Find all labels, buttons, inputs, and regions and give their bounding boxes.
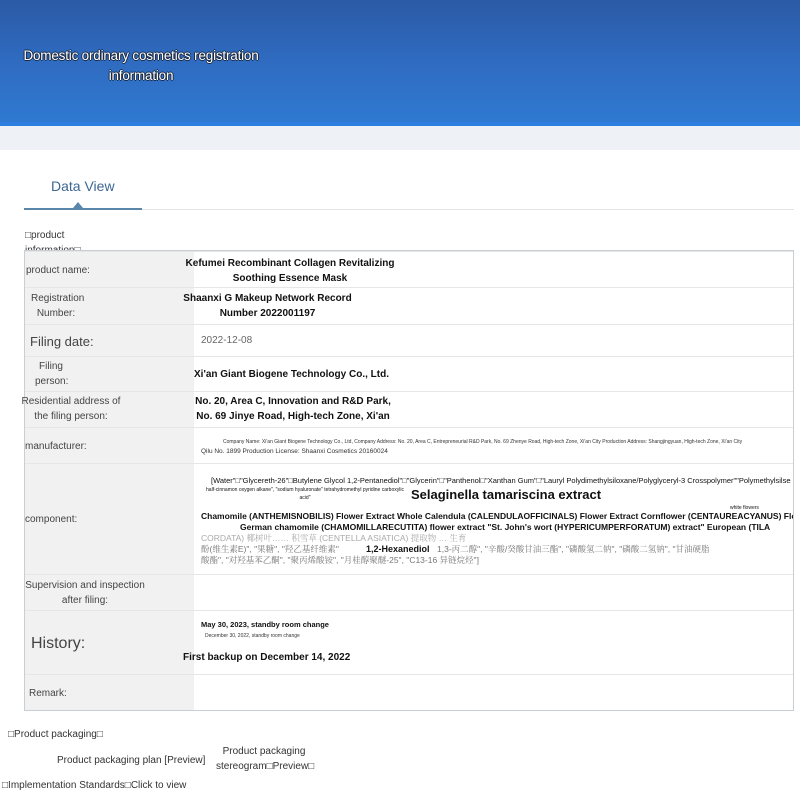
row-remark: Remark: (25, 674, 793, 711)
component-highlight: Selaginella tamariscina extract (411, 487, 631, 503)
registration-table: product name: Kefumei Recombinant Collag… (24, 250, 794, 711)
page-title: Domestic ordinary cosmetics registration… (20, 46, 262, 86)
history-entry: December 30, 2022, standby room change (205, 632, 800, 640)
label-registration-number: Registration Number: (31, 291, 81, 321)
row-residential-address: Residential address of the filing person… (25, 391, 793, 428)
value-filing-date: 2022-12-08 (201, 333, 799, 348)
value-product-name: Kefumei Recombinant Collagen Revitalizin… (165, 256, 415, 286)
row-manufacturer: manufacturer: Company Name: Xi'an Giant … (25, 427, 793, 464)
label-manufacturer: manufacturer: (25, 428, 194, 464)
value-residential-address: No. 20, Area C, Innovation and R&D Park,… (193, 394, 393, 424)
row-filing-date: Filing date: 2022-12-08 (25, 324, 793, 357)
section-product-packaging: □Product packaging□ (8, 727, 103, 742)
value-manufacturer-line1: Company Name: Xi'an Giant Biogene Techno… (223, 438, 783, 446)
history-entry: First backup on December 14, 2022 (183, 651, 781, 664)
label-supervision: Supervision and inspection after filing: (25, 578, 145, 608)
tab-active-indicator (24, 208, 142, 210)
label-filing-date: Filing date: (30, 325, 199, 357)
label-remark: Remark: (29, 675, 198, 711)
header-banner: Domestic ordinary cosmetics registration… (0, 0, 800, 126)
component-line2: Chamomile (ANTHEMISNOBILIS) Flower Extra… (201, 511, 793, 522)
label-component: component: (25, 464, 194, 575)
component-hexanediol: 1,2-Hexanediol (366, 544, 436, 555)
component-line5a: 酚(维生素E)", "果糖", "羟乙基纤维素" (201, 544, 371, 555)
value-registration-number: Shaanxi G Makeup Network Record Number 2… (175, 291, 360, 321)
tab-data-view[interactable]: Data View (51, 178, 115, 194)
component-line3: German chamomile (CHAMOMILLARECUTITA) fl… (240, 522, 800, 533)
component-line4: CORDATA) 椰树叶…… 积雪草 (CENTELLA ASIATICA) 提… (201, 533, 761, 544)
component-line5b: 1,3-丙二醇", "辛酸/癸酸甘油三酯", "磷酸氢二钠", "磷酸二氢钠",… (437, 544, 787, 555)
row-product-name: product name: Kefumei Recombinant Collag… (25, 251, 793, 288)
component-line6: 酸酯", "对羟基苯乙酮", "聚丙烯酸铵", "月桂醇聚醚-25", "C13… (201, 555, 761, 566)
component-line1: [Water"□"Glycereth-26"□Butylene Glycol 1… (211, 476, 791, 486)
implementation-standards-link[interactable]: □Implementation Standards□Click to view (2, 778, 186, 793)
history-entry: May 30, 2023, standby room change (201, 620, 799, 630)
sub-bar (0, 126, 800, 150)
row-component: component: [Water"□"Glycereth-26"□Butyle… (25, 463, 793, 575)
row-history: History: May 30, 2023, standby room chan… (25, 610, 793, 675)
label-history: History: (31, 611, 200, 675)
label-filing-person: Filing person: (35, 359, 67, 389)
row-filing-person: Filing person: Xi'an Giant Biogene Techn… (25, 356, 793, 392)
row-supervision: Supervision and inspection after filing: (25, 574, 793, 611)
value-filing-person: Xi'an Giant Biogene Technology Co., Ltd. (194, 367, 792, 382)
component-line1-small: half-cinnamon oxygen alkane", "sodium hy… (205, 486, 405, 502)
packaging-stereogram-preview-link[interactable]: Product packaging stereogram□Preview□ (216, 744, 312, 774)
row-registration-number: Registration Number: Shaanxi G Makeup Ne… (25, 287, 793, 325)
tab-arrow-icon (73, 202, 83, 208)
value-manufacturer-line2: Qilu No. 1899 Production License: Shaanx… (201, 447, 799, 456)
tab-divider (142, 209, 794, 210)
label-residential-address: Residential address of the filing person… (21, 394, 121, 424)
packaging-plan-preview-link[interactable]: Product packaging plan [Preview] (57, 753, 205, 768)
